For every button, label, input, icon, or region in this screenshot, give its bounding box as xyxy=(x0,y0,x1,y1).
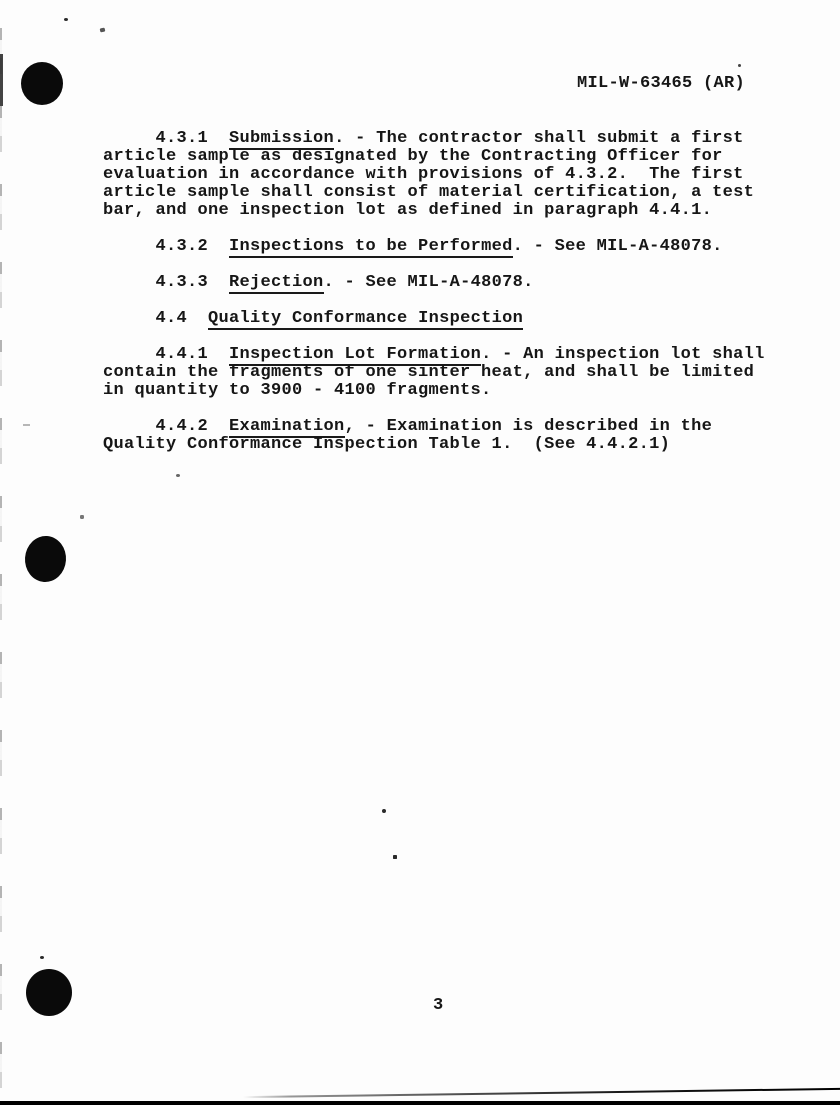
document-page: MIL-W-63465 (AR) 4.3.1 Submission. - The… xyxy=(0,0,840,1105)
text-line: in quantity to 3900 - 4100 fragments. xyxy=(103,382,793,400)
text-segment: 4.3.1 xyxy=(103,129,229,148)
scan-bottom-edge-bar xyxy=(0,1101,840,1105)
text-segment: . - See MIL-A-48078. xyxy=(513,237,723,256)
text-segment: evaluation in accordance with provisions… xyxy=(103,165,744,184)
body-text: 4.3.1 Submission. - The contractor shall… xyxy=(103,130,793,472)
text-segment: Quality Conformance Inspection Table 1. … xyxy=(103,435,670,454)
text-segment: 4.3.3 xyxy=(103,273,229,292)
scan-speck xyxy=(40,956,44,959)
paragraph-4.4: 4.4 Quality Conformance Inspection xyxy=(103,310,793,328)
scan-left-edge-artifact xyxy=(0,28,2,1100)
scan-speck xyxy=(100,28,106,33)
text-line: 4.3.3 Rejection. - See MIL-A-48078. xyxy=(103,274,793,292)
text-segment: 4.3.2 xyxy=(103,237,229,256)
text-line: Quality Conformance Inspection Table 1. … xyxy=(103,436,793,454)
scan-speck xyxy=(64,18,68,21)
page-number: 3 xyxy=(433,996,443,1015)
scan-dash-artifact xyxy=(23,424,30,426)
text-segment: . - See MIL-A-48078. xyxy=(324,273,534,292)
hole-punch-mark-middle xyxy=(23,535,67,584)
text-segment: bar, and one inspection lot as defined i… xyxy=(103,201,712,220)
text-segment: 4.4.1 xyxy=(103,345,229,364)
text-segment: 4.4 xyxy=(103,309,208,328)
underlined-heading-text: Inspections to be Performed xyxy=(229,237,513,258)
text-line: 4.3.1 Submission. - The contractor shall… xyxy=(103,130,793,148)
underlined-heading-text: Quality Conformance Inspection xyxy=(208,309,523,330)
text-line: contain the fragments of one sinter heat… xyxy=(103,364,793,382)
scan-speck xyxy=(80,515,84,519)
scan-speck xyxy=(393,855,397,859)
hole-punch-mark-top xyxy=(21,62,63,105)
text-segment: , - Examination is described in the xyxy=(345,417,713,436)
paragraph-4.4.2: 4.4.2 Examination, - Examination is desc… xyxy=(103,418,793,454)
text-line: 4.4.2 Examination, - Examination is desc… xyxy=(103,418,793,436)
text-segment: . - An inspection lot shall xyxy=(481,345,765,364)
text-segment: in quantity to 3900 - 4100 fragments. xyxy=(103,381,492,400)
text-segment: article sample as designated by the Cont… xyxy=(103,147,723,166)
text-segment: 4.4.2 xyxy=(103,417,229,436)
text-line: 4.4.1 Inspection Lot Formation. - An ins… xyxy=(103,346,793,364)
hole-punch-mark-bottom xyxy=(26,969,72,1016)
text-line: article sample shall consist of material… xyxy=(103,184,793,202)
paragraph-4.3.3: 4.3.3 Rejection. - See MIL-A-48078. xyxy=(103,274,793,292)
text-segment: contain the fragments of one sinter heat… xyxy=(103,363,754,382)
text-line: article sample as designated by the Cont… xyxy=(103,148,793,166)
text-line: bar, and one inspection lot as defined i… xyxy=(103,202,793,220)
text-line: evaluation in accordance with provisions… xyxy=(103,166,793,184)
paragraph-4.3.2: 4.3.2 Inspections to be Performed. - See… xyxy=(103,238,793,256)
scan-speck xyxy=(176,474,180,477)
scan-slanted-line-artifact xyxy=(243,1088,840,1098)
text-line: 4.4 Quality Conformance Inspection xyxy=(103,310,793,328)
text-segment: . - The contractor shall submit a first xyxy=(334,129,744,148)
paragraph-4.4.1: 4.4.1 Inspection Lot Formation. - An ins… xyxy=(103,346,793,400)
paragraph-4.3.1: 4.3.1 Submission. - The contractor shall… xyxy=(103,130,793,220)
text-line: 4.3.2 Inspections to be Performed. - See… xyxy=(103,238,793,256)
text-segment: article sample shall consist of material… xyxy=(103,183,754,202)
scan-speck xyxy=(738,64,741,67)
scan-left-edge-dark-segment xyxy=(0,54,3,106)
underlined-heading-text: Rejection xyxy=(229,273,324,294)
scan-speck xyxy=(382,809,386,813)
document-id-header: MIL-W-63465 (AR) xyxy=(577,74,745,93)
